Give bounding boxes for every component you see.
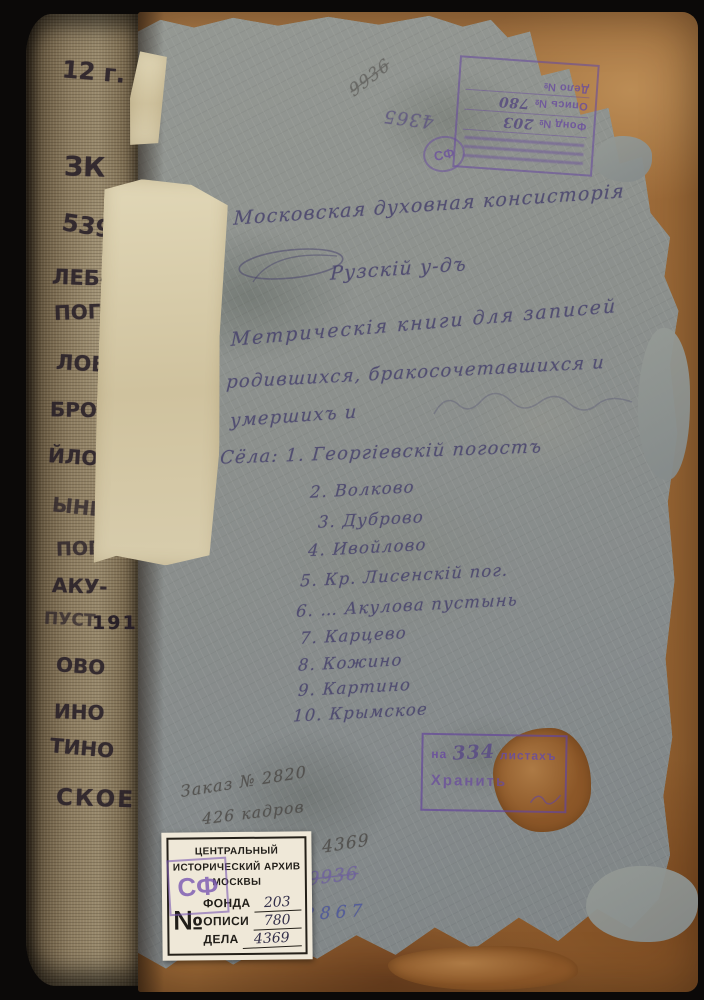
pasted-paper-strip — [91, 178, 228, 567]
worn-cardboard-patch — [388, 946, 578, 990]
spine-text: ИНО — [54, 699, 105, 725]
spine-text: ТИНО — [49, 733, 115, 762]
stamp-word-listah: листахъ — [500, 748, 557, 763]
faded-ink-trace — [428, 384, 638, 430]
paper-remnant — [586, 866, 698, 942]
sheet-count-stamp: на 334 листахъ Хранить — [420, 733, 567, 814]
spine-text: ПУСТ — [44, 609, 96, 632]
spine-text: СКОЕ — [56, 785, 136, 814]
stamp-row-label: Фонд № — [538, 117, 587, 132]
stamp-row-label: Дело № — [543, 80, 590, 95]
stamp-word-na: на — [431, 747, 447, 761]
paper-remnant — [638, 328, 690, 480]
spine-text: 12 г. — [61, 55, 127, 88]
paper-remnant — [594, 136, 652, 182]
stamp-row-label: Опись № — [534, 97, 588, 113]
photo-backdrop: 12 г. ЗК 539 ЛЕБ— ПОГ. ЛОВО БРОВО ЙЛОВО … — [0, 0, 704, 1000]
opis-value: 780 — [253, 911, 302, 930]
spine-text: 1916 — [92, 612, 142, 634]
delo-label: ДЕЛА — [203, 931, 238, 945]
archive-name-line: ЦЕНТРАЛЬНЫЙ — [172, 843, 300, 860]
delo-value: 4369 — [242, 929, 301, 949]
stamp-row-value: 780 — [498, 93, 530, 111]
stamp-row-value: 203 — [502, 113, 534, 131]
fond-value: 203 — [254, 893, 301, 912]
stamp-dense-text — [463, 136, 584, 168]
opis-label: ОПИСИ — [203, 913, 249, 927]
spine-text: ОВО — [55, 652, 106, 679]
sheet-count-value: 334 — [452, 741, 496, 765]
spine-text: ЗК — [63, 151, 105, 183]
fund-inventory-stamp: Фонд №203 Опись №780 Дело № — [452, 55, 599, 176]
spine-text: ПОГ — [56, 537, 101, 561]
signature-squiggle — [528, 789, 562, 810]
spine-text: АКУ- — [52, 573, 108, 599]
archive-label: ЦЕНТРАЛЬНЫЙ ИСТОРИЧЕСКИЙ АРХИВ МОСКВЫ № … — [161, 831, 312, 961]
book-cover: Московская духовная консисторія Рузскій … — [138, 12, 698, 992]
sf-square-stamp: СФ — [166, 857, 229, 917]
